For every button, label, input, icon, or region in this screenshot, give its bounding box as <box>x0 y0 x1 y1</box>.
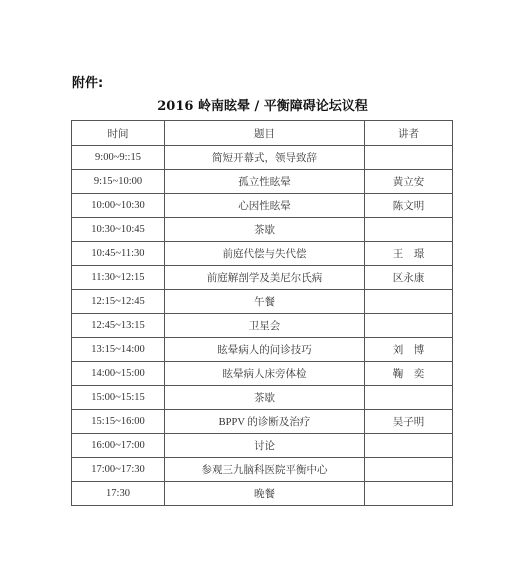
table-row: 15:00~15:15茶歇 <box>72 386 453 410</box>
table-row: 10:00~10:30心因性眩晕陈文明 <box>72 194 453 218</box>
speaker-cell: 刘 博 <box>365 338 453 362</box>
table-row: 16:00~17:00讨论 <box>72 434 453 458</box>
table-row: 14:00~15:00眩晕病人床旁体检鞠 奕 <box>72 362 453 386</box>
table-row: 9:15~10:00孤立性眩晕黄立安 <box>72 170 453 194</box>
topic-cell: 心因性眩晕 <box>165 194 365 218</box>
speaker-cell <box>365 386 453 410</box>
topic-cell: 讨论 <box>165 434 365 458</box>
time-cell: 15:00~15:15 <box>72 386 165 410</box>
time-cell: 10:45~11:30 <box>72 242 165 266</box>
speaker-cell: 王 璟 <box>365 242 453 266</box>
table-row: 12:45~13:15卫星会 <box>72 314 453 338</box>
speaker-cell <box>365 434 453 458</box>
speaker-cell <box>365 482 453 506</box>
attachment-label: 附件: <box>72 72 103 91</box>
topic-cell: 茶歇 <box>165 218 365 242</box>
table-row: 12:15~12:45午餐 <box>72 290 453 314</box>
table-row: 17:30晚餐 <box>72 482 453 506</box>
time-cell: 16:00~17:00 <box>72 434 165 458</box>
header-topic: 题目 <box>165 121 365 146</box>
time-cell: 15:15~16:00 <box>72 410 165 434</box>
table-row: 15:15~16:00BPPV 的诊断及治疗吴子明 <box>72 410 453 434</box>
table-row: 17:00~17:30参观三九脑科医院平衡中心 <box>72 458 453 482</box>
topic-cell: 晚餐 <box>165 482 365 506</box>
speaker-cell: 区永康 <box>365 266 453 290</box>
topic-cell: 前庭代偿与失代偿 <box>165 242 365 266</box>
speaker-cell <box>365 146 453 170</box>
time-cell: 9:00~9::15 <box>72 146 165 170</box>
speaker-cell <box>365 314 453 338</box>
time-cell: 17:00~17:30 <box>72 458 165 482</box>
table-row: 10:30~10:45茶歇 <box>72 218 453 242</box>
table-row: 13:15~14:00眩晕病人的问诊技巧刘 博 <box>72 338 453 362</box>
time-cell: 12:45~13:15 <box>72 314 165 338</box>
speaker-cell <box>365 218 453 242</box>
topic-cell: BPPV 的诊断及治疗 <box>165 410 365 434</box>
table-row: 9:00~9::15简短开幕式，领导致辞 <box>72 146 453 170</box>
topic-cell: 眩晕病人床旁体检 <box>165 362 365 386</box>
agenda-table: 时间 题目 讲者 9:00~9::15简短开幕式，领导致辞 9:15~10:00… <box>71 120 453 506</box>
table-header-row: 时间 题目 讲者 <box>72 121 453 146</box>
document-title: 2016 岭南眩晕 / 平衡障碍论坛议程 <box>0 95 525 114</box>
speaker-cell: 陈文明 <box>365 194 453 218</box>
time-cell: 10:30~10:45 <box>72 218 165 242</box>
table-row: 10:45~11:30前庭代偿与失代偿王 璟 <box>72 242 453 266</box>
speaker-cell <box>365 290 453 314</box>
time-cell: 17:30 <box>72 482 165 506</box>
speaker-cell: 吴子明 <box>365 410 453 434</box>
time-cell: 10:00~10:30 <box>72 194 165 218</box>
header-speaker: 讲者 <box>365 121 453 146</box>
time-cell: 11:30~12:15 <box>72 266 165 290</box>
topic-cell: 简短开幕式，领导致辞 <box>165 146 365 170</box>
time-cell: 9:15~10:00 <box>72 170 165 194</box>
topic-cell: 午餐 <box>165 290 365 314</box>
speaker-cell <box>365 458 453 482</box>
topic-cell: 茶歇 <box>165 386 365 410</box>
topic-cell: 卫星会 <box>165 314 365 338</box>
topic-cell: 眩晕病人的问诊技巧 <box>165 338 365 362</box>
header-time: 时间 <box>72 121 165 146</box>
topic-cell: 前庭解剖学及美尼尔氏病 <box>165 266 365 290</box>
topic-cell: 孤立性眩晕 <box>165 170 365 194</box>
speaker-cell: 黄立安 <box>365 170 453 194</box>
speaker-cell: 鞠 奕 <box>365 362 453 386</box>
topic-cell: 参观三九脑科医院平衡中心 <box>165 458 365 482</box>
time-cell: 14:00~15:00 <box>72 362 165 386</box>
time-cell: 13:15~14:00 <box>72 338 165 362</box>
time-cell: 12:15~12:45 <box>72 290 165 314</box>
table-row: 11:30~12:15前庭解剖学及美尼尔氏病区永康 <box>72 266 453 290</box>
